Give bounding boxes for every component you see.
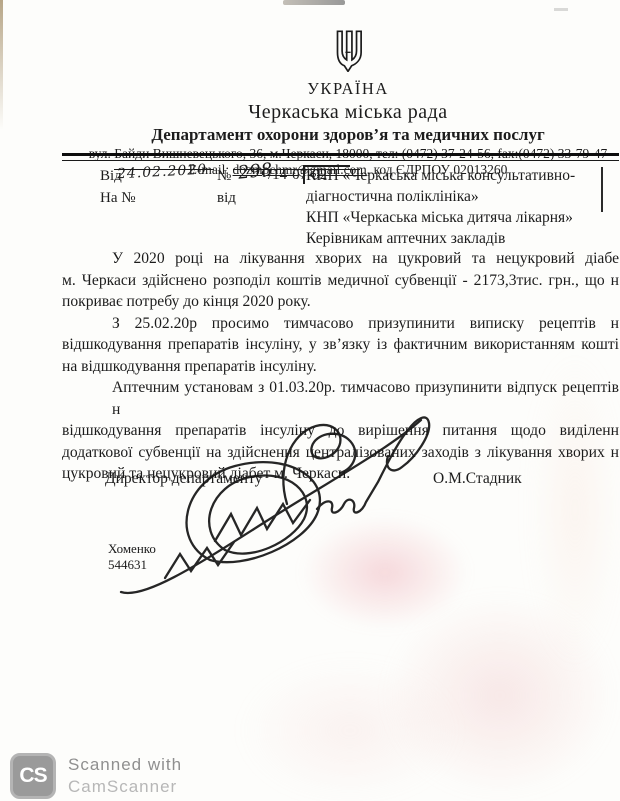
body-line: на відшкодування препаратів інсуліну. bbox=[62, 356, 619, 378]
executor-name: Хоменко bbox=[108, 541, 156, 557]
scan-edge-artifact bbox=[0, 0, 3, 130]
body-line: З 25.02.20р просимо тимчасово призупинит… bbox=[62, 313, 619, 335]
executor-block: Хоменко 544631 bbox=[108, 541, 156, 573]
camscanner-text-line: Scanned with bbox=[68, 754, 182, 776]
department-name: Департамент охорони здоров’я та медичних… bbox=[78, 125, 618, 145]
recipient-line: КНП «Черкаська міська консультативно- bbox=[306, 165, 606, 186]
ref-reply-from-label: від bbox=[217, 190, 236, 207]
ref-no-label: № bbox=[217, 168, 231, 185]
scanned-document-page: УКРАЇНА Черкаська міська рада Департамен… bbox=[0, 0, 620, 801]
recipient-block: КНП «Черкаська міська консультативно- ді… bbox=[306, 165, 606, 249]
body-line: У 2020 році на лікування хворих на цукро… bbox=[62, 248, 619, 270]
scan-dash-artifact bbox=[554, 8, 568, 11]
camscanner-text: Scanned with CamScanner bbox=[68, 754, 182, 798]
country-name: УКРАЇНА bbox=[78, 79, 618, 99]
ref-date-underline bbox=[114, 169, 214, 170]
recipient-line: діагностична поліклініка» bbox=[306, 186, 606, 207]
scan-smudge-artifact bbox=[283, 0, 345, 5]
camscanner-logo-icon: CS bbox=[10, 753, 56, 799]
recipient-line: Керівникам аптечних закладів bbox=[306, 228, 606, 249]
ref-reply-no-label: На № bbox=[100, 190, 136, 207]
handwritten-signature bbox=[115, 408, 465, 603]
camscanner-watermark: CS Scanned with CamScanner bbox=[10, 753, 182, 799]
ukraine-trident-emblem-icon bbox=[333, 30, 363, 77]
body-line: відшкодування препаратів інсуліну, у зв’… bbox=[62, 334, 619, 356]
pink-stain bbox=[380, 590, 620, 801]
body-line: покриває потребу до кінця 2020 року. bbox=[62, 291, 619, 313]
header-divider-rule bbox=[62, 153, 619, 161]
pink-stain bbox=[240, 660, 460, 801]
executor-phone: 544631 bbox=[108, 557, 156, 573]
city-council-name: Черкаська міська рада bbox=[78, 101, 618, 124]
recipient-corner-mark bbox=[303, 165, 305, 184]
body-line: м. Черкаси здійснено розподіл коштів мед… bbox=[62, 270, 619, 292]
recipient-line: КНП «Черкаська міська дитяча лікарня» bbox=[306, 207, 606, 228]
ref-date-handwritten: 24.02.2020 bbox=[117, 162, 208, 183]
camscanner-text-line: CamScanner bbox=[68, 776, 182, 798]
